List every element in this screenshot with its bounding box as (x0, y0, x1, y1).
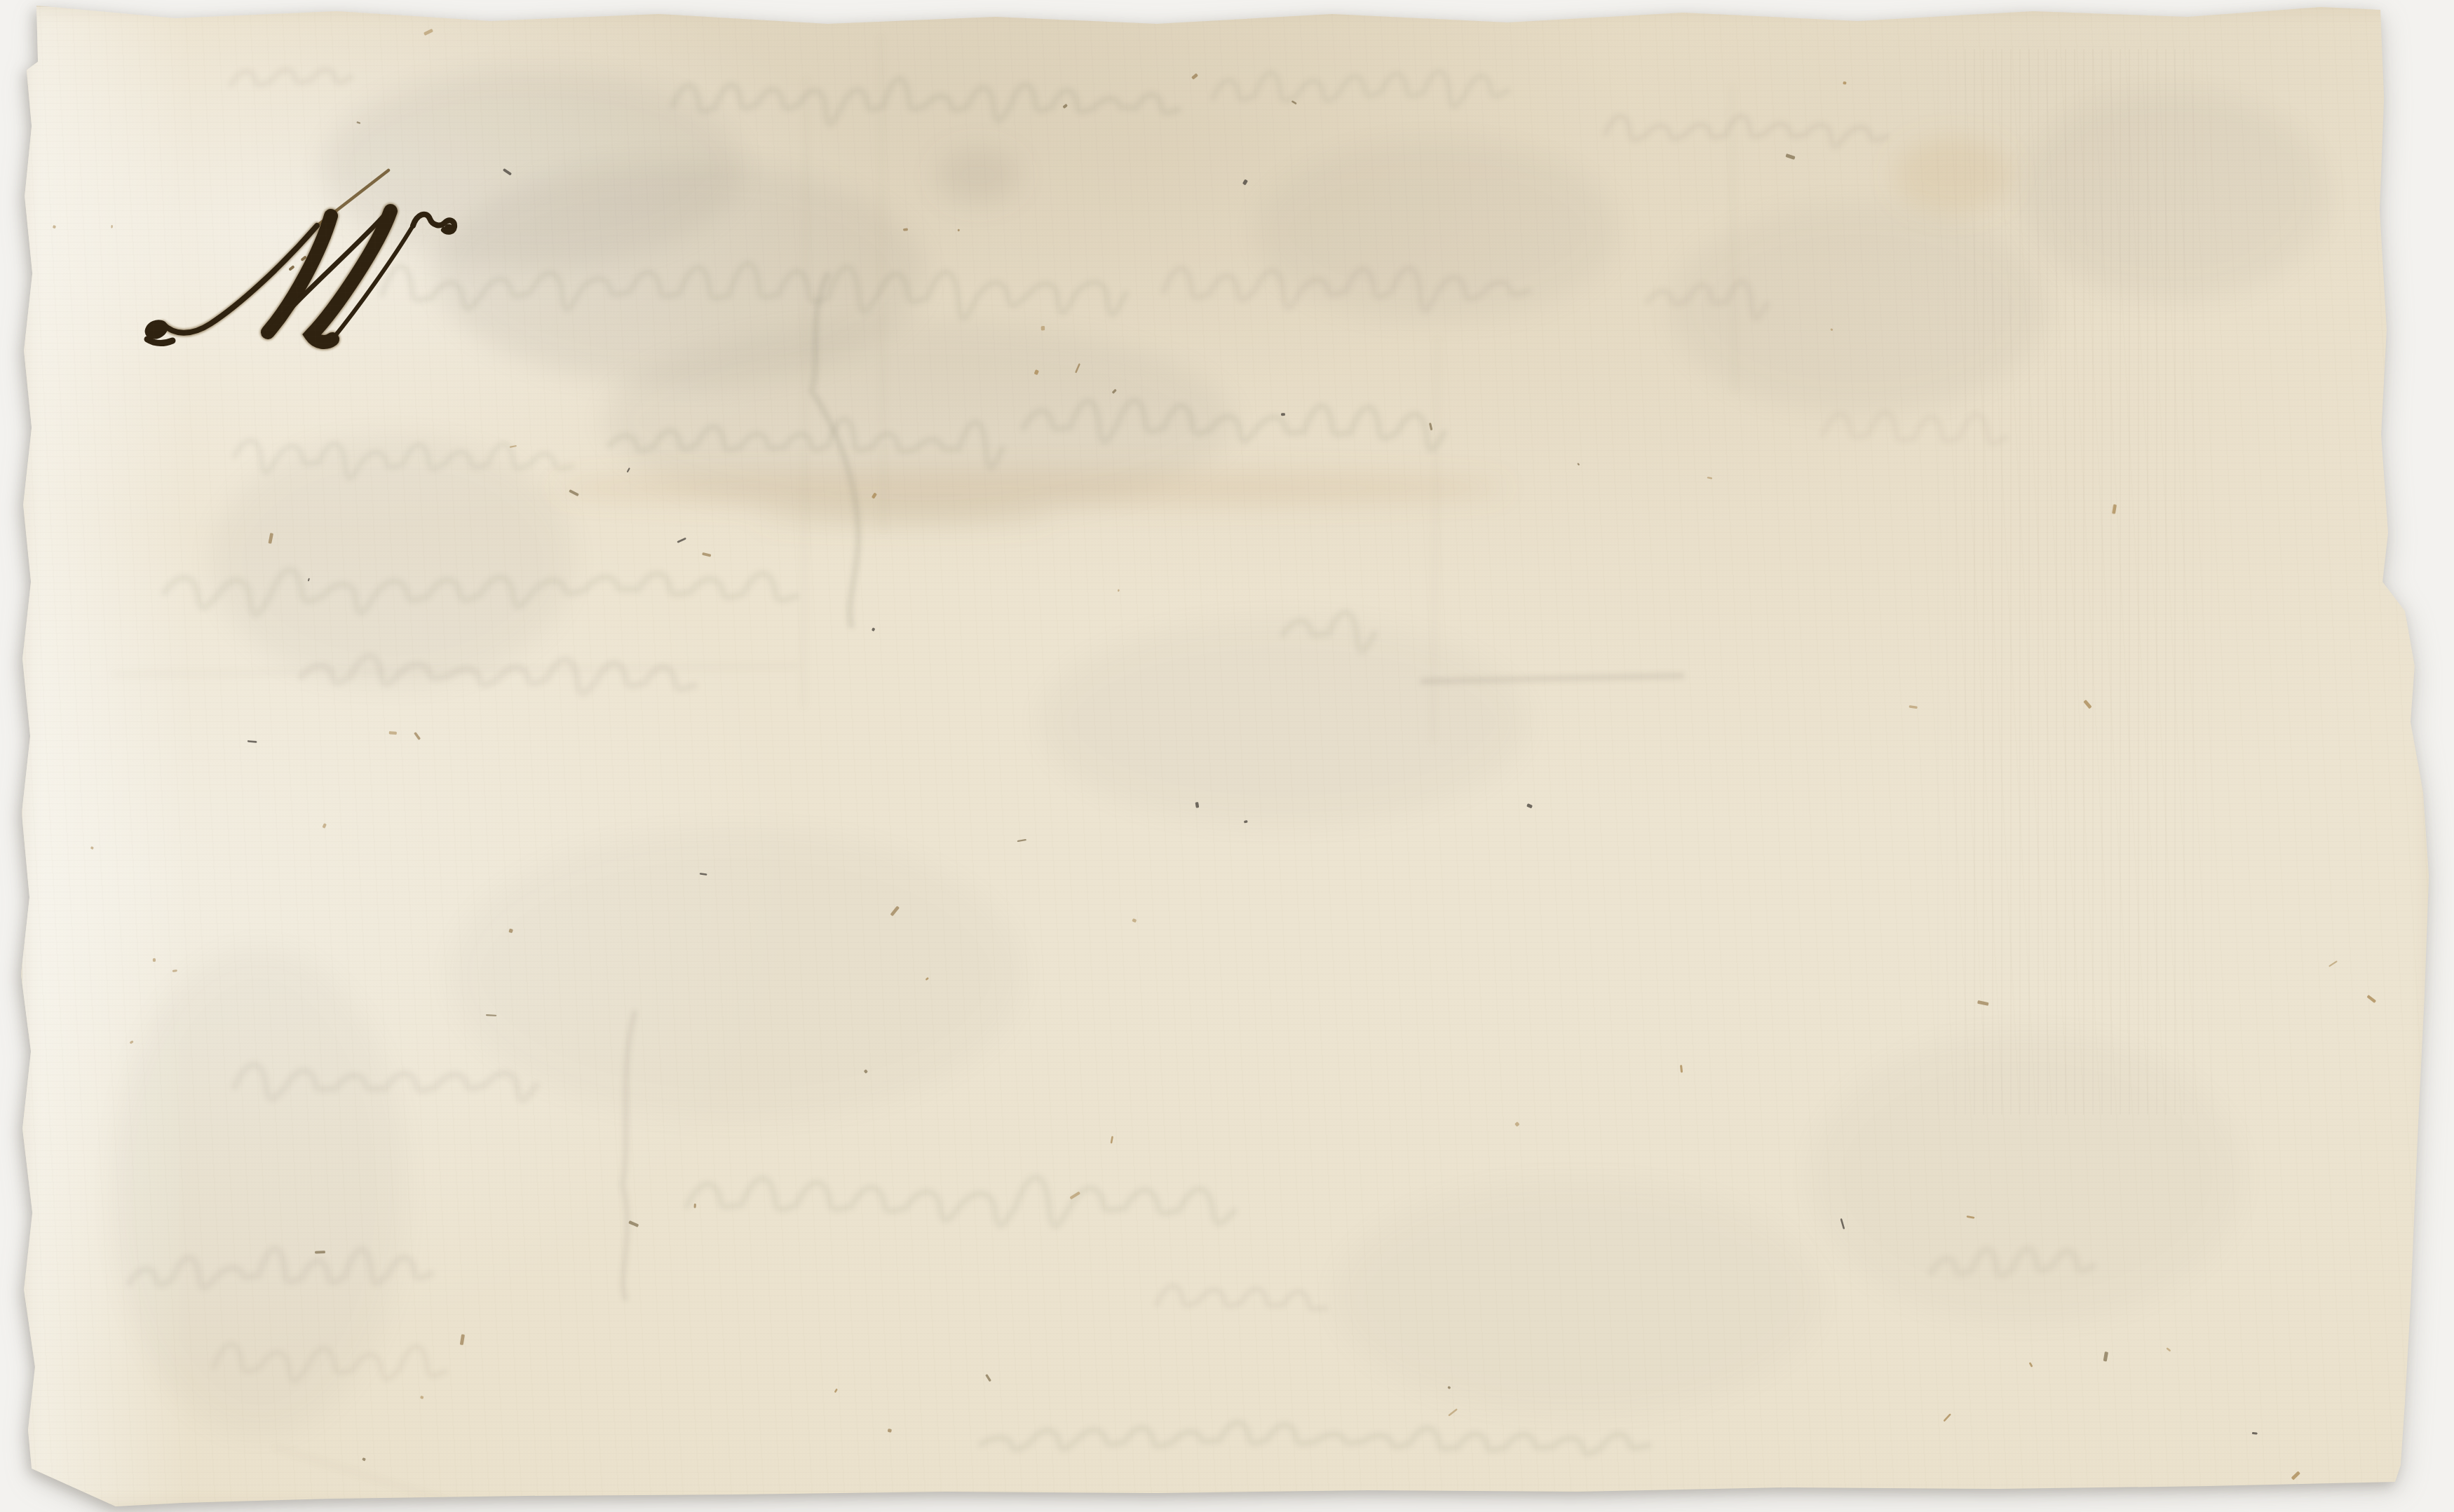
fiber-speck (1785, 154, 1795, 160)
fiber-speck (1017, 839, 1026, 842)
fiber-speck (2029, 1362, 2033, 1368)
fiber-speck (1707, 477, 1713, 479)
fiber-speck (420, 1396, 423, 1399)
fiber-speck (985, 1374, 991, 1382)
fiber-speck (1281, 413, 1285, 416)
fiber-speck (1111, 1136, 1113, 1144)
fiber-speck (1132, 918, 1137, 922)
fiber-speck (2166, 1347, 2171, 1352)
fiber-speck (248, 740, 257, 743)
ghost-stroke (1606, 116, 1886, 147)
ghost-blotch (1669, 203, 2047, 414)
fiber-speck (693, 1204, 696, 1208)
fiber-speck (2291, 1471, 2300, 1480)
paper-sheet: Mr (0, 0, 2454, 1512)
fiber-speck (111, 225, 113, 229)
fiber-speck (389, 731, 397, 735)
ghost-stroke (231, 70, 351, 85)
ghost-stroke (1157, 1286, 1325, 1309)
fiber-speck (677, 538, 686, 543)
ghost-blotch (1038, 617, 1528, 827)
fiber-speck (1118, 589, 1120, 592)
ghost-stroke (1823, 412, 2005, 443)
fiber-speck (702, 552, 711, 557)
fiber-speck (1242, 179, 1248, 185)
ghost-blotch (1809, 1030, 2244, 1325)
fiber-speck (53, 225, 56, 229)
ghost-stroke (673, 79, 1178, 124)
inscription-text: Mr (21, 6, 22, 6)
fiber-speck (957, 229, 960, 231)
fiber-speck (153, 958, 156, 962)
fiber-speck (903, 228, 908, 231)
ghost-stroke (687, 1178, 1234, 1226)
fiber-speck (1292, 100, 1297, 104)
fiber-speck (1977, 1000, 1989, 1006)
fiber-speck (130, 1040, 134, 1044)
fiber-speck (1448, 1408, 1458, 1416)
fiber-speck (1191, 73, 1198, 79)
fiber-speck (315, 1251, 325, 1253)
fiber-speck (1041, 326, 1045, 330)
paper-surface: Mr (21, 6, 2433, 1511)
fiber-speck (834, 1389, 838, 1394)
fiber-speck (2328, 960, 2338, 967)
fiber-speck (1429, 423, 1432, 430)
fiber-speck (1909, 705, 1918, 709)
fiber-speck (1577, 463, 1580, 465)
fiber-speck (90, 846, 94, 850)
ghost-stroke (1213, 71, 1507, 107)
fiber-speck (2112, 504, 2117, 514)
fiber-speck (2083, 700, 2092, 709)
fiber-speck (627, 468, 630, 472)
fiber-speck (460, 1334, 465, 1345)
scan-backdrop: Mr (0, 0, 2454, 1512)
fiber-speck (1526, 803, 1533, 808)
fiber-speck (1943, 1413, 1951, 1422)
fiber-speck (362, 1457, 366, 1462)
fiber-speck (2103, 1351, 2108, 1361)
fiber-speck (1680, 1065, 1683, 1072)
fiber-speck (1514, 1122, 1520, 1127)
fiber-speck (872, 627, 876, 632)
paper-artwork-layer (0, 0, 2454, 1512)
fiber-speck (423, 29, 433, 36)
ghost-blotch (449, 827, 1024, 1122)
ghost-blotch (2019, 91, 2328, 301)
ghost-blotch (1332, 1178, 1823, 1416)
fiber-speck (172, 969, 177, 972)
fiber-speck (414, 732, 421, 740)
fiber-speck (888, 1429, 892, 1433)
fiber-speck (1062, 104, 1068, 109)
fiber-speck (2252, 1432, 2258, 1435)
ghost-stroke (982, 1422, 1648, 1453)
fiber-speck (2366, 995, 2376, 1003)
fiber-speck (1843, 81, 1846, 85)
fiber-speck (322, 823, 327, 829)
ink-end-dot (445, 224, 454, 233)
